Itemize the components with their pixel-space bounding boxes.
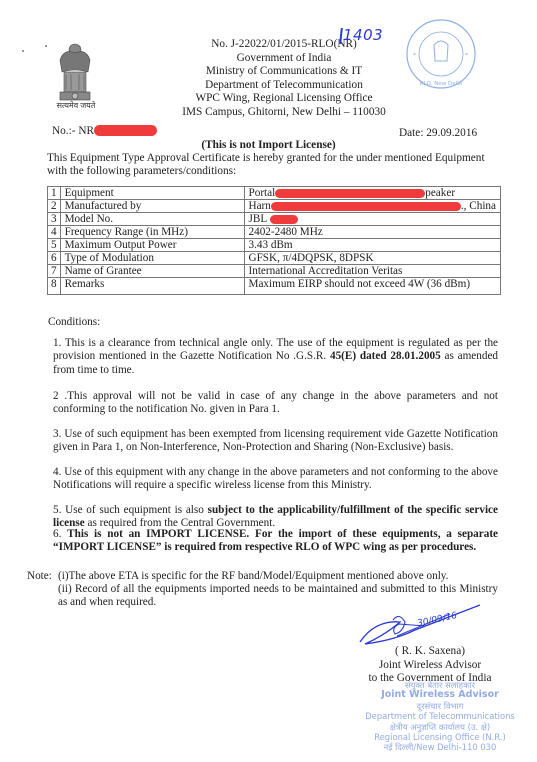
row-value: Maximum EIRP should not exceed 4W (36 dB… <box>244 278 501 295</box>
condition-5: 5. Use of such equipment is also subject… <box>53 504 498 531</box>
stamp-line: Department of Telecommunications <box>355 711 525 721</box>
condition-text: 5. Use of such equipment is also <box>53 504 208 516</box>
condition-4: 4. Use of this equipment with any change… <box>53 466 498 493</box>
value-text: International Accreditation Veritas <box>249 265 403 277</box>
stamp-line: दूरसंचार विभाग <box>355 701 525 711</box>
row-value: 2402-2480 MHz <box>244 226 501 239</box>
note-item-1: (i)The above ETA is specific for the RF … <box>58 570 498 582</box>
table-row: 8RemarksMaximum EIRP should not exceed 4… <box>48 278 501 295</box>
table-row: 2Manufactured byHarn., China <box>48 200 501 213</box>
table-row: 3Model No.JBL <box>48 213 501 226</box>
condition-3: 3. Use of such equipment has been exempt… <box>53 428 498 455</box>
row-number: 3 <box>48 213 61 226</box>
value-text: 2402-2480 MHz <box>249 226 323 238</box>
note-label: Note: <box>27 570 52 582</box>
stamp-line: नई दिल्ली/New Delhi-110 030 <box>355 742 525 752</box>
emblem-motto: सत्यमेव जयते <box>46 100 106 111</box>
table-row: 6Type of ModulationGFSK, π/4DQPSK, 8DPSK <box>48 252 501 265</box>
table-row: 1EquipmentPortalpeaker <box>48 187 501 200</box>
svg-text:*: * <box>465 52 468 59</box>
row-number: 7 <box>48 265 61 278</box>
stamp-line: क्षेत्रीय अनुज्ञप्ति कार्यालय (उ. क्षे) <box>355 722 525 732</box>
row-value: Harn., China <box>244 200 501 213</box>
letterhead-line: IMS Campus, Ghitorni, New Delhi – 110030 <box>170 106 398 120</box>
not-import-title: (This is not Import License) <box>0 139 537 151</box>
value-text: ., China <box>461 200 496 212</box>
row-label: Manufactured by <box>60 200 244 213</box>
row-value: International Accreditation Veritas <box>244 265 501 278</box>
row-value: GFSK, π/4DQPSK, 8DPSK <box>244 252 501 265</box>
svg-text:*: * <box>413 52 416 59</box>
row-value: Portalpeaker <box>244 187 501 200</box>
row-value: 3.43 dBm <box>244 239 501 252</box>
value-text: Maximum EIRP should not exceed 4W (36 dB… <box>249 278 471 290</box>
equipment-table: 1EquipmentPortalpeaker2Manufactured byHa… <box>47 186 501 295</box>
ministry-seal-icon: RLO, New Delhi * * <box>403 17 479 91</box>
value-text: peaker <box>425 187 455 199</box>
stamp-line: Joint Wireless Advisor <box>355 690 525 700</box>
row-number: 8 <box>48 278 61 295</box>
handwritten-number: 1403 <box>343 26 383 44</box>
redaction-mark <box>94 125 157 136</box>
row-label: Maximum Output Power <box>60 239 244 252</box>
row-number: 4 <box>48 226 61 239</box>
signatory-title: Joint Wireless Advisor <box>360 659 500 673</box>
letterhead-line: Ministry of Communications & IT <box>170 65 398 79</box>
row-label: Type of Modulation <box>60 252 244 265</box>
value-text: GFSK, π/4DQPSK, 8DPSK <box>249 252 374 264</box>
svg-text:RLO, New Delhi: RLO, New Delhi <box>420 81 463 87</box>
letterhead-line: Government of India <box>170 52 398 66</box>
value-text: Harn <box>249 200 271 212</box>
row-number: 6 <box>48 252 61 265</box>
table-row: 5Maximum Output Power3.43 dBm <box>48 239 501 252</box>
row-label: Equipment <box>60 187 244 200</box>
condition-2: 2 .This approval will not be valid in ca… <box>53 390 498 417</box>
row-number: 2 <box>48 200 61 213</box>
document-date: Date: 29.09.2016 <box>399 127 477 139</box>
stamp-line: Regional Licensing Office (N.R.) <box>355 732 525 742</box>
letterhead-line: Department of Telecommunication <box>170 79 398 93</box>
table-row: 7Name of GranteeInternational Accreditat… <box>48 265 501 278</box>
letterhead: No. J-22022/01/2015-RLO(NR) Government o… <box>170 38 398 120</box>
row-label: Frequency Range (in MHz) <box>60 226 244 239</box>
redaction-mark <box>275 189 425 198</box>
condition-1: 1. This is a clearance from technical an… <box>53 337 498 377</box>
conditions-label: Conditions: <box>48 316 100 328</box>
signatory-name: ( R. K. Saxena) <box>360 645 500 659</box>
redaction-mark <box>271 202 461 211</box>
value-text: Portal <box>249 187 276 199</box>
condition-bold-text: This is not an IMPORT LICENSE. For the i… <box>53 528 498 553</box>
intro-text: This Equipment Type Approval Certificate… <box>47 152 507 178</box>
official-stamp: संयुक्त बेतार सलाहकार Joint Wireless Adv… <box>355 680 525 753</box>
letterhead-line: WPC Wing, Regional Licensing Office <box>170 92 398 106</box>
row-label: Name of Grantee <box>60 265 244 278</box>
row-value: JBL <box>244 213 501 226</box>
scan-speck <box>45 45 47 47</box>
table-row: 4Frequency Range (in MHz)2402-2480 MHz <box>48 226 501 239</box>
row-label: Model No. <box>60 213 244 226</box>
condition-text: 6. <box>53 528 67 540</box>
row-number: 1 <box>48 187 61 200</box>
row-label: Remarks <box>60 278 244 295</box>
value-text: JBL <box>249 213 270 225</box>
value-text: 3.43 dBm <box>249 239 293 251</box>
reference-number: No.:- NR <box>52 125 94 137</box>
scan-speck <box>22 50 24 52</box>
condition-6: 6. This is not an IMPORT LICENSE. For th… <box>53 528 498 555</box>
row-number: 5 <box>48 239 61 252</box>
redaction-mark <box>270 215 298 224</box>
condition-bold-text: 45(E) dated 28.01.2005 <box>330 350 441 362</box>
